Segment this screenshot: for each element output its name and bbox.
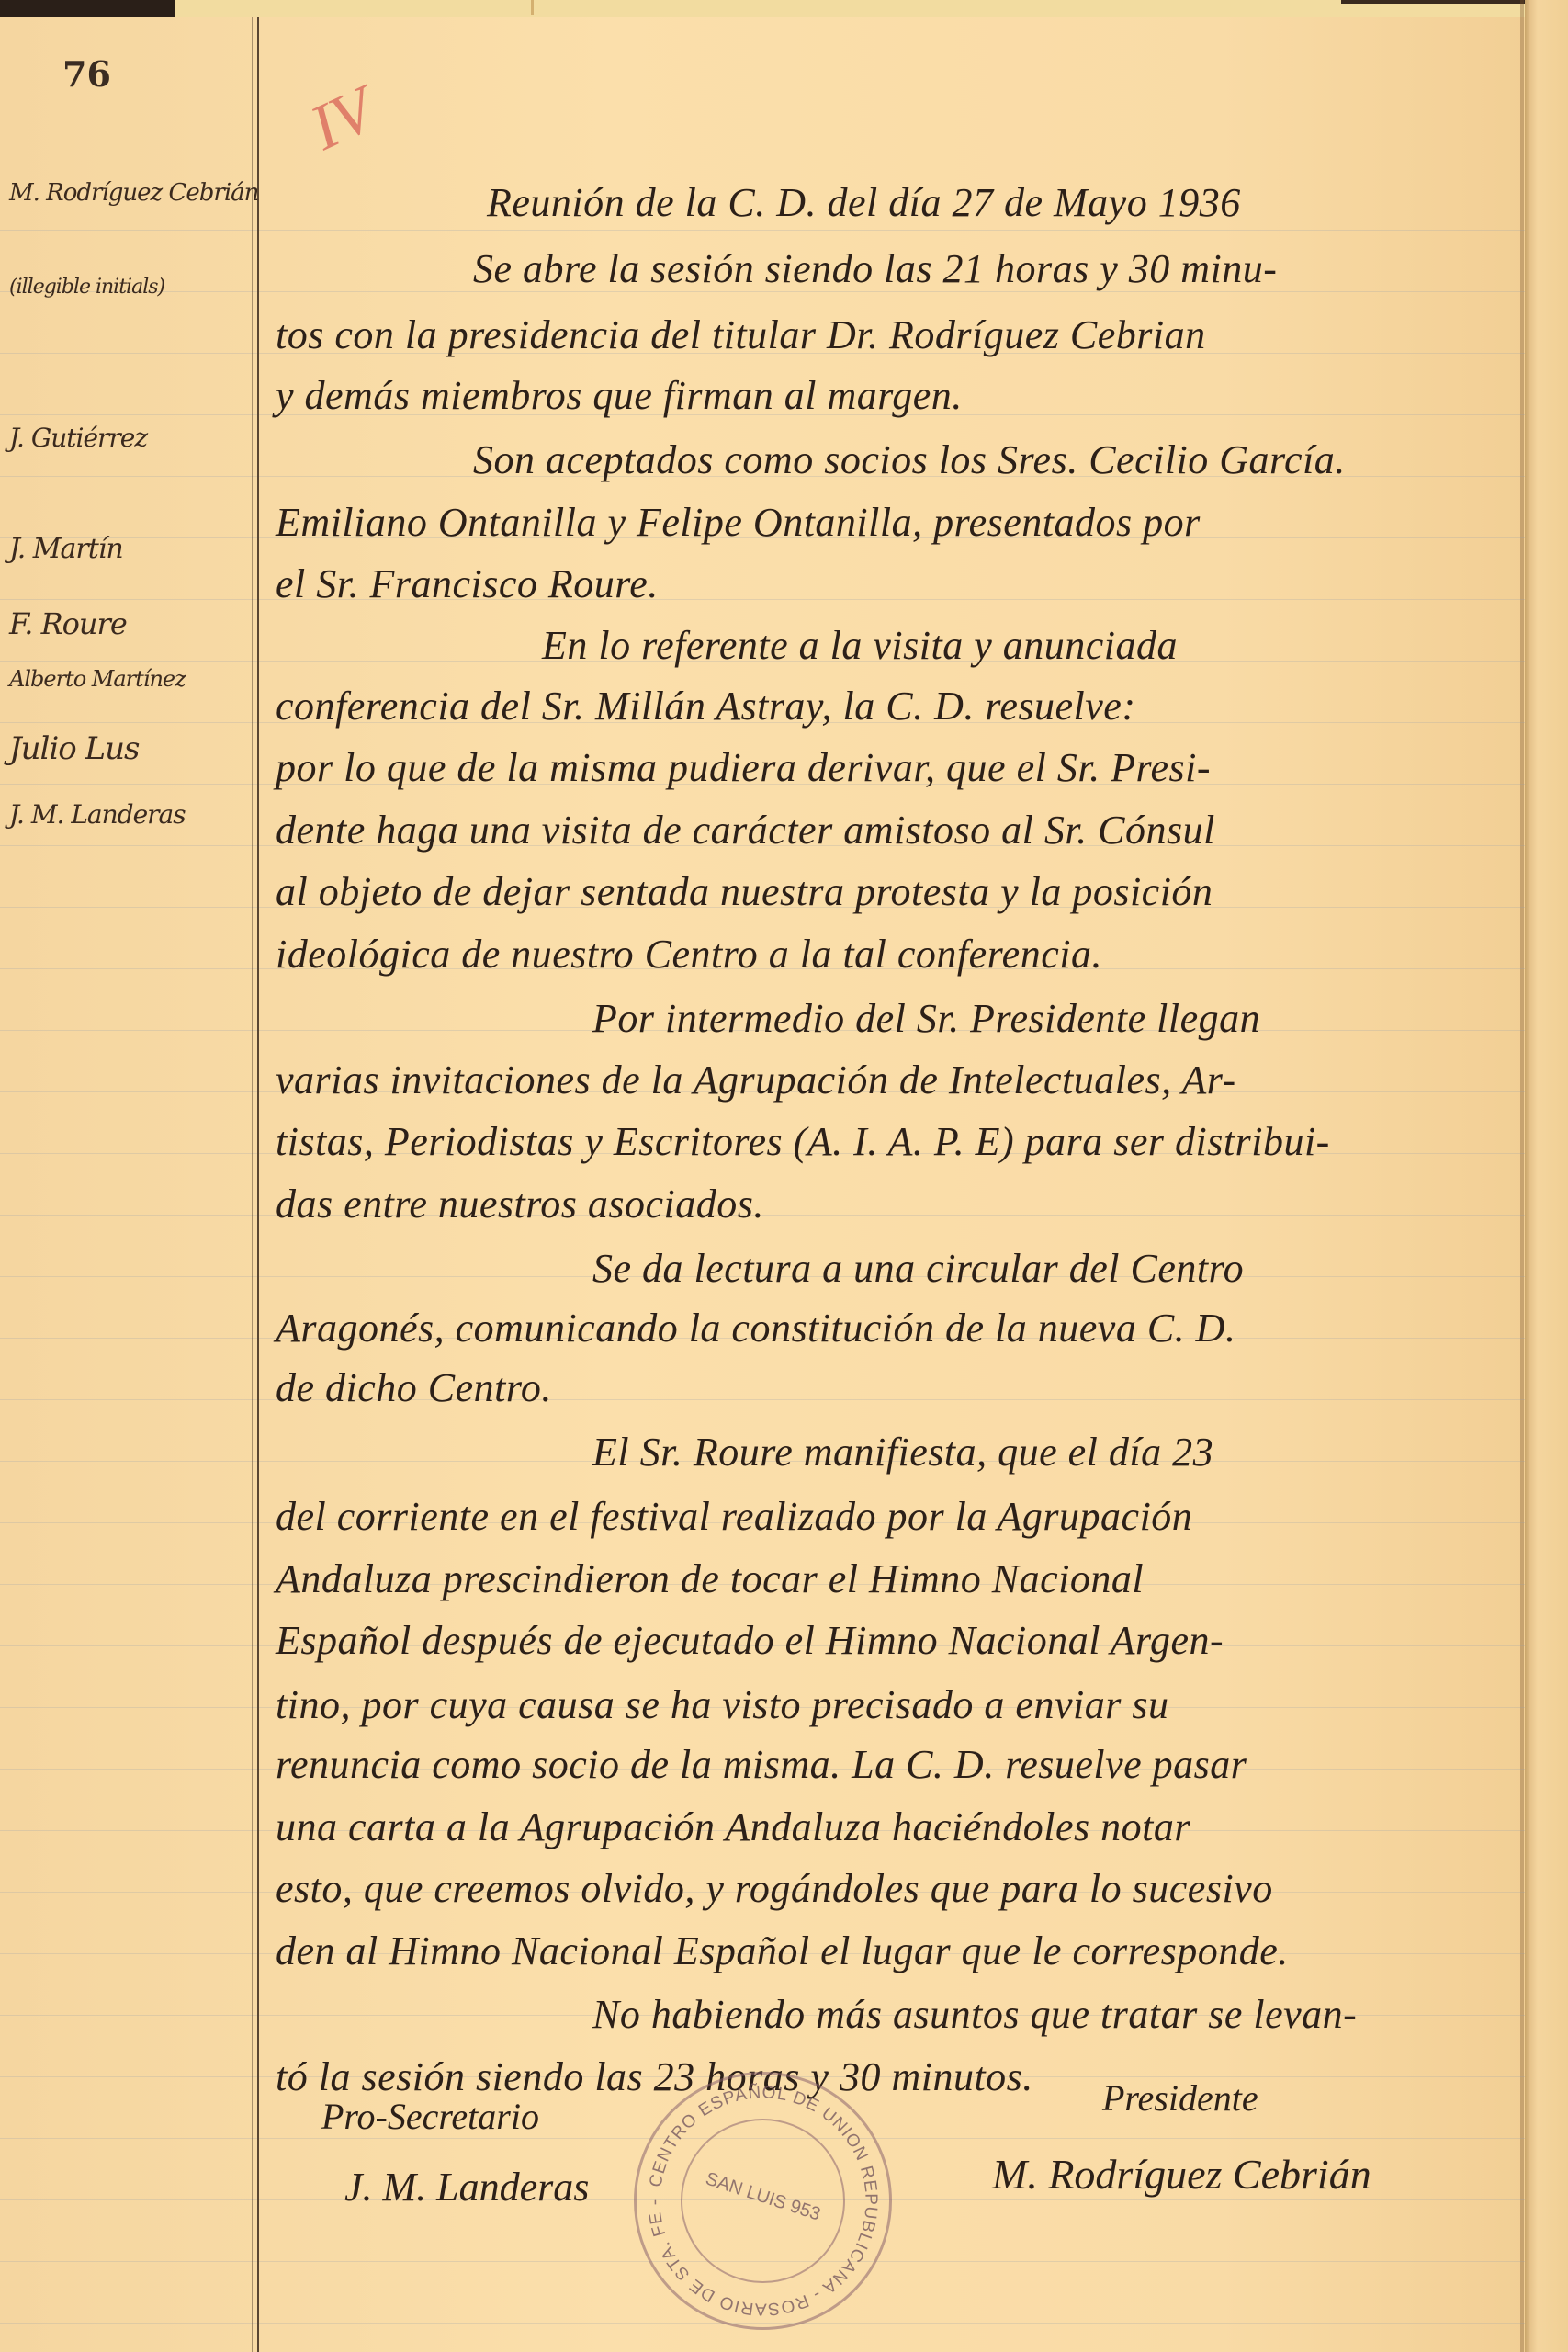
text-line: das entre nuestros asociados. bbox=[276, 1181, 764, 1236]
text-line: En lo referente a la visita y anunciada bbox=[542, 622, 1178, 677]
margin-signature: J. Martín bbox=[9, 533, 123, 565]
background-strip bbox=[0, 0, 1568, 17]
president-label: Presidente bbox=[1102, 2076, 1258, 2120]
text-line: tino, por cuya causa se ha visto precisa… bbox=[276, 1681, 1168, 1736]
text-line: Son aceptados como socios los Sres. Ceci… bbox=[473, 436, 1346, 492]
text-line: tos con la presidencia del titular Dr. R… bbox=[276, 311, 1206, 367]
margin-signature: J. Gutiérrez bbox=[9, 423, 147, 453]
text-line: Se abre la sesión siendo las 21 horas y … bbox=[473, 245, 1277, 300]
text-line: Español después de ejecutado el Himno Na… bbox=[276, 1617, 1224, 1672]
ruled-line bbox=[0, 599, 1525, 600]
adjacent-page-edge bbox=[1525, 0, 1568, 2352]
margin-signature: F. Roure bbox=[9, 606, 127, 641]
closing-signatures: Pro-Secretario J. M. Landeras Presidente… bbox=[276, 2058, 1516, 2334]
text-line: tistas, Periodistas y Escritores (A. I. … bbox=[276, 1118, 1330, 1173]
text-line: y demás miembros que firman al margen. bbox=[276, 372, 963, 427]
text-line: den al Himno Nacional Español el lugar q… bbox=[276, 1928, 1289, 1983]
text-line: el Sr. Francisco Roure. bbox=[276, 560, 659, 616]
text-line: No habiendo más asuntos que tratar se le… bbox=[592, 1991, 1357, 2046]
institution-stamp: CENTRO ESPAÑOL DE UNION REPUBLICANA - RO… bbox=[634, 2072, 892, 2330]
text-line: renuncia como socio de la misma. La C. D… bbox=[276, 1741, 1247, 1796]
text-line: por lo que de la misma pudiera derivar, … bbox=[276, 744, 1211, 799]
page-number: 76 bbox=[62, 53, 111, 95]
text-line: Emiliano Ontanilla y Felipe Ontanilla, p… bbox=[276, 499, 1201, 554]
text-line: una carta a la Agrupación Andaluza hacié… bbox=[276, 1804, 1190, 1859]
president-signature: M. Rodríguez Cebrián bbox=[992, 2150, 1371, 2199]
text-line: El Sr. Roure manifiesta, que el día 23 bbox=[592, 1429, 1213, 1484]
text-line: conferencia del Sr. Millán Astray, la C.… bbox=[276, 683, 1136, 738]
background-shadow bbox=[0, 0, 175, 18]
background-fold bbox=[531, 0, 534, 15]
ruled-line bbox=[0, 1399, 1525, 1400]
secretary-signature: J. M. Landeras bbox=[344, 2164, 589, 2211]
text-line: Reunión de la C. D. del día 27 de Mayo 1… bbox=[487, 179, 1241, 234]
text-line: esto, que creemos olvido, y rogándoles q… bbox=[276, 1865, 1273, 1920]
margin-signature: Alberto Martínez bbox=[9, 666, 186, 692]
margin-signature: M. Rodríguez Cebrián bbox=[9, 179, 258, 207]
text-line: de dicho Centro. bbox=[276, 1364, 552, 1419]
text-line: Aragonés, comunicando la constitución de… bbox=[276, 1305, 1235, 1360]
margin-rule bbox=[252, 17, 253, 2352]
margin-signature: J. M. Landeras bbox=[9, 799, 186, 830]
margin-signature: Julio Lus bbox=[9, 730, 139, 767]
text-line: dente haga una visita de carácter amisto… bbox=[276, 807, 1215, 862]
margin-rule bbox=[257, 17, 259, 2352]
secretary-label: Pro-Secretario bbox=[321, 2095, 539, 2138]
text-line: Se da lectura a una circular del Centro bbox=[592, 1245, 1244, 1300]
text-line: del corriente en el festival realizado p… bbox=[276, 1493, 1192, 1548]
text-line: varias invitaciones de la Agrupación de … bbox=[276, 1057, 1236, 1112]
margin-signature: (illegible initials) bbox=[9, 276, 164, 299]
text-line: al objeto de dejar sentada nuestra prote… bbox=[276, 868, 1213, 923]
text-line: ideológica de nuestro Centro a la tal co… bbox=[276, 931, 1102, 986]
text-line: Andaluza prescindieron de tocar el Himno… bbox=[276, 1555, 1144, 1611]
text-line: Por intermedio del Sr. Presidente llegan bbox=[592, 995, 1260, 1050]
